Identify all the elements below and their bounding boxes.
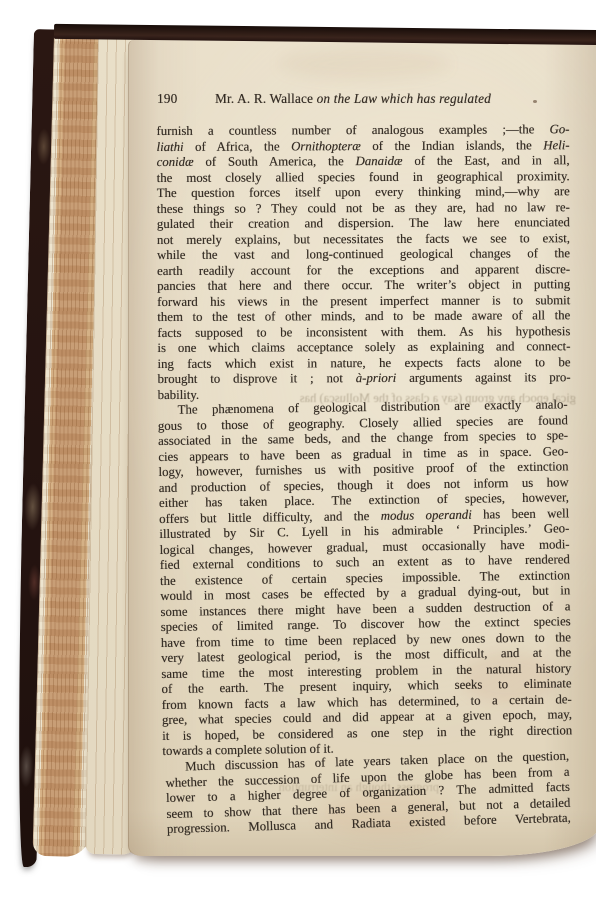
text-segment: them to the test of other minds, and to … <box>157 308 570 324</box>
text-segment-italic: à-priori <box>356 371 397 385</box>
book-photo: gical epoch any group (say a class of th… <box>0 0 596 900</box>
text-segment: not merely explains, but necessitates th… <box>157 231 570 247</box>
text-segment-italic: conidæ <box>157 155 194 169</box>
text-segment-italic: Ornithopteræ <box>291 139 361 153</box>
text-segment: has been well <box>472 506 570 521</box>
page-stain <box>279 48 449 80</box>
page-number: 190 <box>157 91 215 107</box>
text-line: liathi of Africa, the Ornithopteræ of th… <box>156 138 569 155</box>
text-line: ing facts which exist in nature, he expe… <box>157 355 570 372</box>
text-line: The question forces itself upon every th… <box>157 184 570 201</box>
text-line: forward his views in the present imperfe… <box>157 293 570 310</box>
running-title: Mr. A. R. Wallace on the Law which has r… <box>215 91 491 107</box>
text-segment: arguments against its pro- <box>396 370 570 385</box>
text-segment-italic: Danaidæ <box>355 154 402 168</box>
text-segment: pancies that here and there occur. The w… <box>157 277 570 293</box>
text-segment: The question forces itself upon every th… <box>157 184 570 200</box>
text-segment: of Africa, the <box>183 139 291 153</box>
text-line: these things so ? They could not be as t… <box>157 200 570 217</box>
text-segment-italic: Go- <box>549 122 569 136</box>
text-segment: of the East, and in all, <box>402 153 569 168</box>
text-line: not merely explains, but necessitates th… <box>157 231 570 248</box>
text-segment: gulated their creation and dispersion. T… <box>157 215 570 231</box>
text-segment: bability. <box>158 387 200 401</box>
text-line: earth readily account for the exceptions… <box>157 262 570 279</box>
paragraph: furnish a countless number of analogous … <box>156 122 570 403</box>
text-segment-italic: modus operandi <box>381 507 472 522</box>
running-title-italic: on the Law which has regulated <box>317 91 491 106</box>
text-segment: forward his views in the present imperfe… <box>157 293 570 309</box>
text-line: them to the test of other minds, and to … <box>157 308 570 325</box>
text-line: furnish a countless number of analogous … <box>156 122 569 139</box>
text-segment-italic: liathi <box>156 139 183 153</box>
text-segment: these things so ? They could not be as t… <box>157 200 570 216</box>
text-segment: furnish a countless number of analogous … <box>156 122 549 138</box>
running-title-roman: Mr. A. R. Wallace <box>215 91 317 106</box>
text-segment: facts supposed to be inconsistent with t… <box>157 324 570 340</box>
text-line: gulated their creation and dispersion. T… <box>157 215 570 232</box>
paragraph: The phænomena of geological distribution… <box>158 397 573 759</box>
page-body: furnish a countless number of analogous … <box>157 124 570 837</box>
text-line: pancies that here and there occur. The w… <box>157 277 570 294</box>
text-segment: the most closely allied species found in… <box>157 169 570 185</box>
text-segment: while the vast and long-continued geolog… <box>157 246 570 262</box>
book-page: gical epoch any group (say a class of th… <box>128 40 596 856</box>
running-header: 190 Mr. A. R. Wallace on the Law which h… <box>157 91 570 107</box>
text-segment: offers but little difficulty, and the <box>159 508 381 525</box>
text-line: the most closely allied species found in… <box>157 169 570 186</box>
text-line: while the vast and long-continued geolog… <box>157 246 570 263</box>
text-line: brought to disprove it ; not à-priori ar… <box>157 370 570 387</box>
text-line: facts supposed to be inconsistent with t… <box>157 324 570 341</box>
text-segment: is one which claims acceptance solely as… <box>157 339 570 355</box>
text-line: conidæ of South America, the Danaidæ of … <box>157 153 570 170</box>
text-segment: brought to disprove it ; not <box>157 371 355 386</box>
text-line: is one which claims acceptance solely as… <box>157 339 570 356</box>
text-segment-italic: Heli- <box>543 138 569 152</box>
text-segment: earth readily account for the exceptions… <box>157 262 570 278</box>
text-segment: of the Indian islands, the <box>361 138 544 153</box>
text-segment: of South America, the <box>193 154 355 169</box>
text-segment: ing facts which exist in nature, he expe… <box>157 355 570 371</box>
paragraph: Much discussion has of late years taken … <box>165 748 571 837</box>
